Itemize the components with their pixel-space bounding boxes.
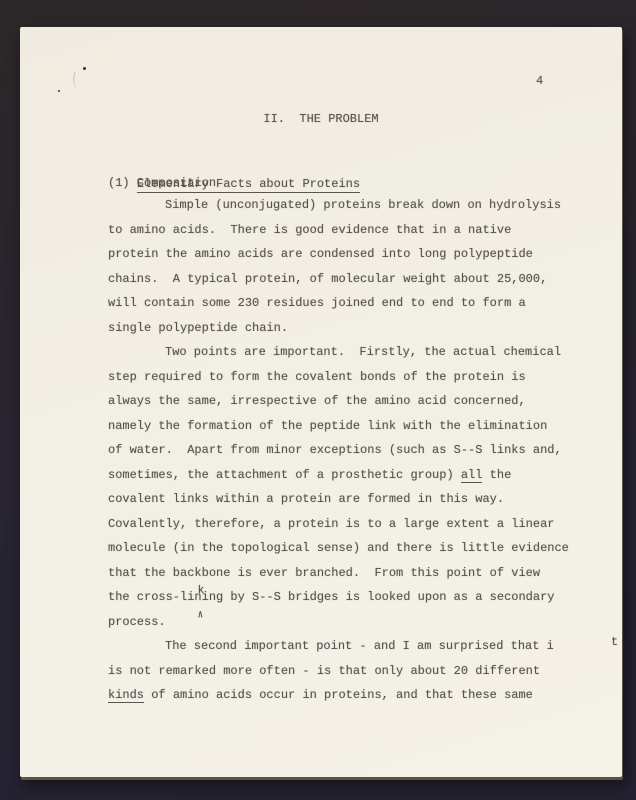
text-segment: of water. Apart from minor exceptions (s… bbox=[108, 443, 562, 457]
text-line: is not remarked more often - is that onl… bbox=[108, 659, 588, 684]
section-title: II. THE PROBLEM bbox=[20, 107, 622, 132]
text-line: that the backbone is ever branched. From… bbox=[108, 561, 588, 586]
text-segment: always the same, irrespective of the ami… bbox=[108, 394, 526, 408]
text-segment: of amino acids occur in proteins, and th… bbox=[144, 688, 533, 702]
text-segment: Two points are important. Firstly, the a… bbox=[165, 345, 561, 359]
page-number: 4 bbox=[536, 69, 543, 94]
text-segment: step required to form the covalent bonds… bbox=[108, 370, 526, 384]
paper-speck bbox=[58, 90, 60, 92]
text-line: to amino acids. There is good evidence t… bbox=[108, 218, 588, 243]
text-segment: is not remarked more often - is that onl… bbox=[108, 664, 540, 678]
text-segment: will contain some 230 residues joined en… bbox=[108, 296, 526, 310]
text-segment: protein the amino acids are condensed in… bbox=[108, 247, 533, 261]
text-segment: covalent links within a protein are form… bbox=[108, 492, 504, 506]
paper-scratch bbox=[70, 72, 85, 91]
text-line: single polypeptide chain. bbox=[108, 316, 588, 341]
text-line: step required to form the covalent bonds… bbox=[108, 365, 588, 390]
text-line: will contain some 230 residues joined en… bbox=[108, 291, 588, 316]
text-line: of water. Apart from minor exceptions (s… bbox=[108, 438, 588, 463]
text-segment: ing by S--S bridges is looked upon as a … bbox=[202, 590, 555, 604]
text-segment: process. bbox=[108, 615, 166, 629]
body-text: Simple (unconjugated) proteins break dow… bbox=[108, 193, 588, 708]
underlined-word: kinds bbox=[108, 688, 144, 703]
photo-background: { "page": { "number": "4", "title": "II.… bbox=[0, 0, 636, 800]
text-segment: sometimes, the attachment of a prostheti… bbox=[108, 468, 461, 482]
text-segment: chains. A typical protein, of molecular … bbox=[108, 272, 547, 286]
text-line: kinds of amino acids occur in proteins, … bbox=[108, 683, 588, 708]
text-segment: The second important point - and I am su… bbox=[165, 639, 554, 653]
text-segment: the cross-lin bbox=[108, 590, 202, 604]
text-line: protein the amino acids are condensed in… bbox=[108, 242, 588, 267]
text-line: The second important point - and I am su… bbox=[108, 634, 588, 659]
raised-char: t bbox=[554, 630, 618, 655]
text-line: Simple (unconjugated) proteins break dow… bbox=[108, 193, 588, 218]
text-segment: the bbox=[482, 468, 511, 482]
text-segment: single polypeptide chain. bbox=[108, 321, 288, 335]
text-line: namely the formation of the peptide link… bbox=[108, 414, 588, 439]
text-line: chains. A typical protein, of molecular … bbox=[108, 267, 588, 292]
text-line: covalent links within a protein are form… bbox=[108, 487, 588, 512]
text-segment: to amino acids. There is good evidence t… bbox=[108, 223, 511, 237]
text-line: always the same, irrespective of the ami… bbox=[108, 389, 588, 414]
text-segment: that the backbone is ever branched. From… bbox=[108, 566, 540, 580]
text-line: the cross-link∧ing by S--S bridges is lo… bbox=[108, 585, 588, 610]
text-line: process. bbox=[108, 610, 588, 635]
text-line: Two points are important. Firstly, the a… bbox=[108, 340, 588, 365]
text-segment: Covalently, therefore, a protein is to a… bbox=[108, 517, 554, 531]
insertion-caret-icon: ∧ bbox=[198, 601, 203, 630]
document-page: 4 II. THE PROBLEM Elementary Facts about… bbox=[20, 27, 622, 777]
text-segment: namely the formation of the peptide link… bbox=[108, 419, 547, 433]
text-line: molecule (in the topological sense) and … bbox=[108, 536, 588, 561]
text-line: Covalently, therefore, a protein is to a… bbox=[108, 512, 588, 537]
paper-speck bbox=[83, 67, 86, 70]
text-line: sometimes, the attachment of a prostheti… bbox=[108, 463, 588, 488]
text-segment: molecule (in the topological sense) and … bbox=[108, 541, 569, 555]
text-segment: Simple (unconjugated) proteins break dow… bbox=[165, 198, 561, 212]
underlined-word: all bbox=[461, 468, 483, 483]
subheading-composition: (1) Composition bbox=[108, 171, 216, 196]
